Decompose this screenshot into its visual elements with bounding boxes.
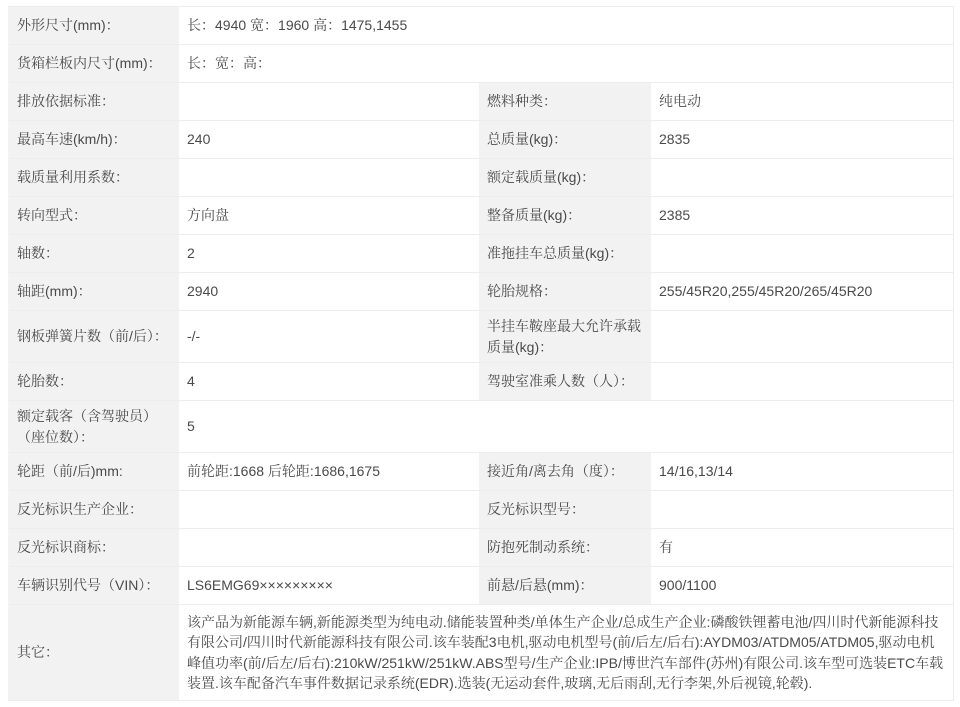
- leaf-spring-count-value: -/-: [179, 311, 479, 363]
- track-width-value: 前轮距:1668 后轮距:1686,1675: [179, 453, 479, 491]
- row-reflective-trademark-abs: 反光标识商标： 防抱死制动系统： 有: [9, 529, 953, 567]
- wheelbase-value: 2940: [179, 273, 479, 311]
- reflective-marking-model-value: [651, 491, 953, 529]
- row-tire-count-cab-seating: 轮胎数： 4 驾驶室准乘人数（人）：: [9, 363, 953, 401]
- approach-departure-angle-label: 接近角/离去角（度）：: [479, 453, 651, 491]
- steering-type-value: 方向盘: [179, 197, 479, 235]
- load-utilization-factor-label: 载质量利用系数：: [9, 159, 179, 197]
- tire-count-label: 轮胎数：: [9, 363, 179, 401]
- rated-passengers-value: 5: [179, 401, 953, 453]
- row-rated-passengers: 额定载客（含驾驶员）（座位数）： 5: [9, 401, 953, 453]
- front-rear-overhang-label: 前悬/后悬(mm)：: [479, 567, 651, 605]
- fuel-type-value: 纯电动: [651, 83, 953, 121]
- cargo-box-inner-dimensions-label: 货箱栏板内尺寸(mm)：: [9, 45, 179, 83]
- vin-value: LS6EMG69×××××××××: [179, 567, 479, 605]
- wheelbase-label: 轴距(mm)：: [9, 273, 179, 311]
- tire-spec-value: 255/45R20,255/45R20/265/45R20: [651, 273, 953, 311]
- reflective-marking-trademark-value: [179, 529, 479, 567]
- reflective-marking-manufacturer-label: 反光标识生产企业：: [9, 491, 179, 529]
- other-notes-value: 该产品为新能源车辆,新能源类型为纯电动.储能装置种类/单体生产企业/总成生产企业…: [179, 605, 953, 701]
- total-mass-label: 总质量(kg)：: [479, 121, 651, 159]
- vehicle-spec-table: 外形尺寸(mm)： 长：4940 宽：1960 高：1475,1455 货箱栏板…: [8, 6, 954, 701]
- row-leaf-spring-fifth-wheel: 钢板弹簧片数（前/后）： -/- 半挂车鞍座最大允许承载质量(kg)：: [9, 311, 953, 363]
- cargo-box-inner-dimensions-value: 长：宽：高：: [179, 45, 953, 83]
- row-axle-count-trailer-mass: 轴数： 2 准拖挂车总质量(kg)：: [9, 235, 953, 273]
- cab-seating-capacity-value: [651, 363, 953, 401]
- max-speed-value: 240: [179, 121, 479, 159]
- tire-spec-label: 轮胎规格：: [479, 273, 651, 311]
- curb-mass-value: 2385: [651, 197, 953, 235]
- rated-load-mass-value: [651, 159, 953, 197]
- row-cargo-box-inner-dimensions: 货箱栏板内尺寸(mm)： 长：宽：高：: [9, 45, 953, 83]
- total-mass-value: 2835: [651, 121, 953, 159]
- emission-standard-value: [179, 83, 479, 121]
- front-rear-overhang-value: 900/1100: [651, 567, 953, 605]
- axle-count-value: 2: [179, 235, 479, 273]
- track-width-label: 轮距（前/后)mm:: [9, 453, 179, 491]
- other-notes-label: 其它：: [9, 605, 179, 701]
- row-wheelbase-tire-spec: 轴距(mm)： 2940 轮胎规格： 255/45R20,255/45R20/2…: [9, 273, 953, 311]
- row-steering-type-curb-mass: 转向型式： 方向盘 整备质量(kg)： 2385: [9, 197, 953, 235]
- rated-passengers-label: 额定载客（含驾驶员）（座位数）：: [9, 401, 179, 453]
- fuel-type-label: 燃料种类：: [479, 83, 651, 121]
- row-overall-dimensions: 外形尺寸(mm)： 长：4940 宽：1960 高：1475,1455: [9, 7, 953, 45]
- row-load-factor-rated-load: 载质量利用系数： 额定载质量(kg)：: [9, 159, 953, 197]
- fifth-wheel-load-label: 半挂车鞍座最大允许承载质量(kg)：: [479, 311, 651, 363]
- reflective-marking-trademark-label: 反光标识商标：: [9, 529, 179, 567]
- leaf-spring-count-label: 钢板弹簧片数（前/后）：: [9, 311, 179, 363]
- max-speed-label: 最高车速(km/h)：: [9, 121, 179, 159]
- row-other-notes: 其它： 该产品为新能源车辆,新能源类型为纯电动.储能装置种类/单体生产企业/总成…: [9, 605, 953, 701]
- fifth-wheel-load-value: [651, 311, 953, 363]
- vehicle-spec-sheet: 外形尺寸(mm)： 长：4940 宽：1960 高：1475,1455 货箱栏板…: [8, 6, 952, 701]
- load-utilization-factor-value: [179, 159, 479, 197]
- approach-departure-angle-value: 14/16,13/14: [651, 453, 953, 491]
- tire-count-value: 4: [179, 363, 479, 401]
- reflective-marking-manufacturer-value: [179, 491, 479, 529]
- towable-trailer-mass-label: 准拖挂车总质量(kg)：: [479, 235, 651, 273]
- row-vin-overhang: 车辆识别代号（VIN）： LS6EMG69××××××××× 前悬/后悬(mm)…: [9, 567, 953, 605]
- row-track-width-angles: 轮距（前/后)mm: 前轮距:1668 后轮距:1686,1675 接近角/离去…: [9, 453, 953, 491]
- emission-standard-label: 排放依据标准：: [9, 83, 179, 121]
- axle-count-label: 轴数：: [9, 235, 179, 273]
- abs-system-value: 有: [651, 529, 953, 567]
- curb-mass-label: 整备质量(kg)：: [479, 197, 651, 235]
- rated-load-mass-label: 额定载质量(kg)：: [479, 159, 651, 197]
- towable-trailer-mass-value: [651, 235, 953, 273]
- steering-type-label: 转向型式：: [9, 197, 179, 235]
- overall-dimensions-label: 外形尺寸(mm)：: [9, 7, 179, 45]
- overall-dimensions-value: 长：4940 宽：1960 高：1475,1455: [179, 7, 953, 45]
- row-max-speed-total-mass: 最高车速(km/h)： 240 总质量(kg)： 2835: [9, 121, 953, 159]
- vin-label: 车辆识别代号（VIN）：: [9, 567, 179, 605]
- reflective-marking-model-label: 反光标识型号：: [479, 491, 651, 529]
- row-reflective-marking-manufacturer-model: 反光标识生产企业： 反光标识型号：: [9, 491, 953, 529]
- cab-seating-capacity-label: 驾驶室准乘人数（人）：: [479, 363, 651, 401]
- abs-system-label: 防抱死制动系统：: [479, 529, 651, 567]
- row-emission-standard-fuel-type: 排放依据标准： 燃料种类： 纯电动: [9, 83, 953, 121]
